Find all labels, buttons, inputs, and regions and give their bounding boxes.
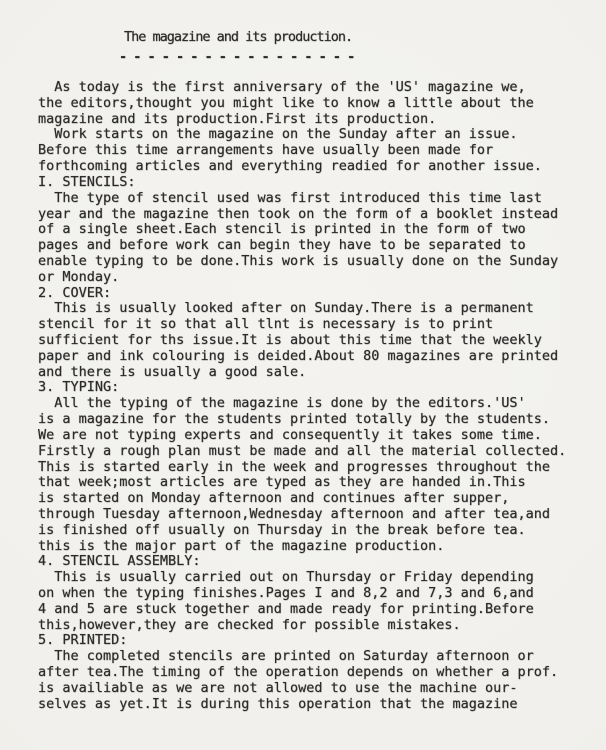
document-line: enable typing to be done.This work is us… [38, 254, 596, 270]
document-line: selves as yet.It is during this operatio… [38, 697, 596, 713]
document-line: is finished off usually on Thursday in t… [38, 523, 596, 539]
document-line: forthcoming articles and everything read… [38, 159, 596, 175]
document-line: The type of stencil used was first intro… [38, 191, 596, 207]
document-line: is started on Monday afternoon and conti… [38, 491, 596, 507]
document-line: this,however,they are checked for possib… [38, 618, 596, 634]
document-line: year and the magazine then took on the f… [38, 207, 596, 223]
document-line: and there is usually a good sale. [38, 365, 596, 381]
document-line: The completed stencils are printed on Sa… [38, 649, 596, 665]
document-line: 4 and 5 are stuck together and made read… [38, 602, 596, 618]
document-line: stencil for it so that all tlnt is neces… [38, 317, 596, 333]
document-line: 3. TYPING: [38, 380, 596, 396]
document-line: As today is the first anniversary of the… [38, 80, 596, 96]
document-line: Firstly a rough plan must be made and al… [38, 444, 596, 460]
document-line: this is the major part of the magazine p… [38, 539, 596, 555]
document-line: paper and ink colouring is deided.About … [38, 349, 596, 365]
title-underline: - - - - - - - - - - - - - - - - - [119, 50, 354, 66]
document-line: the editors,thought you might like to kn… [38, 96, 596, 112]
document-line: pages and before work can begin they hav… [38, 238, 596, 254]
document-line: Before this time arrangements have usual… [38, 143, 596, 159]
document-line: All the typing of the magazine is done b… [38, 396, 596, 412]
document-line: of a single sheet.Each stencil is printe… [38, 222, 596, 238]
document-line: 4. STENCIL ASSEMBLY: [38, 554, 596, 570]
document-line: on when the typing finishes.Pages I and … [38, 586, 596, 602]
document-line: 2. COVER: [38, 286, 596, 302]
document-body: As today is the first anniversary of the… [38, 80, 596, 713]
document-line: after tea.The timing of the operation de… [38, 665, 596, 681]
document-line: This is usually looked after on Sunday.T… [38, 301, 596, 317]
document-line: sufficient for ths issue.It is about thi… [38, 333, 596, 349]
document-line: is a magazine for the students printed t… [38, 412, 596, 428]
document-line: We are not typing experts and consequent… [38, 428, 596, 444]
document-line: is availiable as we are not allowed to u… [38, 681, 596, 697]
document-line: 5. PRINTED: [38, 633, 596, 649]
document-line: This is started early in the week and pr… [38, 460, 596, 476]
document-page: The magazine and its production. - - - -… [0, 0, 606, 750]
document-title: The magazine and its production. [124, 30, 352, 46]
document-line: I. STENCILS: [38, 175, 596, 191]
document-line: or Monday. [38, 270, 596, 286]
document-line: This is usually carried out on Thursday … [38, 570, 596, 586]
document-line: Work starts on the magazine on the Sunda… [38, 127, 596, 143]
document-line: through Tuesday afternoon,Wednesday afte… [38, 507, 596, 523]
document-line: that week;most articles are typed as the… [38, 475, 596, 491]
